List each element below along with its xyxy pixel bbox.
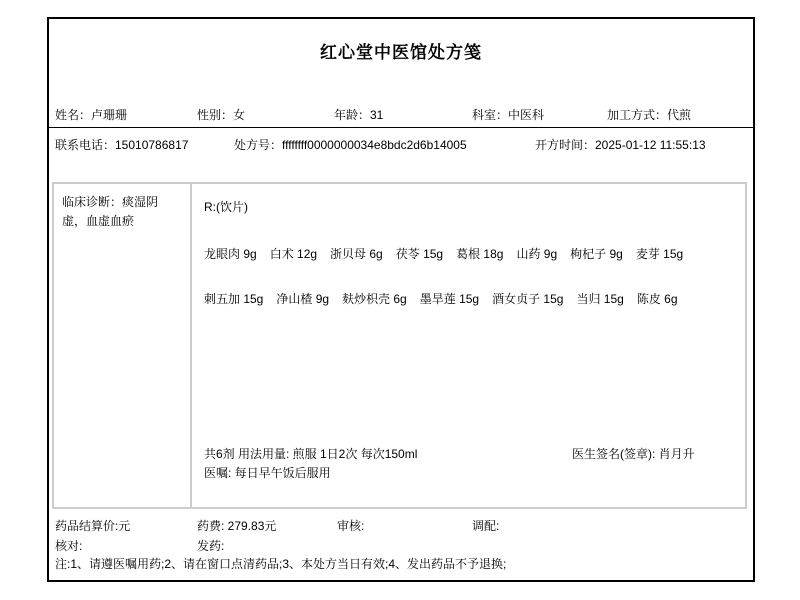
rx-header: R:(饮片) bbox=[204, 198, 248, 215]
herb-item: 麸炒枳壳 6g bbox=[342, 290, 407, 307]
check-label: 核对: bbox=[55, 539, 82, 554]
herb-item: 当归 15g bbox=[576, 290, 623, 307]
dispense-label: 发药: bbox=[197, 539, 224, 554]
usage-text: 共6剂 用法用量: 煎服 1日2次 每次150ml bbox=[204, 445, 574, 464]
settlement-price: 药品结算价:元 bbox=[55, 519, 130, 534]
herb-item: 麦芽 15g bbox=[636, 245, 683, 262]
herb-line: 龙眼肉 9g白术 12g浙贝母 6g茯苓 15g葛根 18g山药 9g枸杞子 9… bbox=[204, 245, 737, 262]
herb-item: 墨旱莲 15g bbox=[420, 290, 479, 307]
usage-block: 共6剂 用法用量: 煎服 1日2次 每次150ml 医嘱: 每日早午饭后服用 bbox=[204, 445, 574, 483]
herb-item: 刺五加 15g bbox=[204, 290, 263, 307]
herb-item: 净山楂 9g bbox=[276, 290, 329, 307]
clinical-diagnosis: 临床诊断：痰湿阴虚，血虚血瘀 bbox=[62, 193, 180, 231]
herb-item: 酒女贞子 15g bbox=[492, 290, 563, 307]
issue-time: 开方时间：2025-01-12 11:55:13 bbox=[535, 138, 706, 153]
prescription-page: 红心堂中医馆处方笺 姓名：卢珊珊 性别：女 年龄：31 科室：中医科 加工方式：… bbox=[47, 17, 755, 582]
page-title: 红心堂中医馆处方笺 bbox=[49, 38, 753, 63]
review-label: 审核: bbox=[337, 519, 364, 534]
patient-gender: 性别：女 bbox=[197, 108, 245, 123]
rx-number: 处方号：ffffffff0000000034e8bdc2d6b14005 bbox=[234, 138, 467, 153]
department: 科室：中医科 bbox=[472, 108, 544, 123]
herb-item: 山药 9g bbox=[516, 245, 557, 262]
rx-cell: R:(饮片) 龙眼肉 9g白术 12g浙贝母 6g茯苓 15g葛根 18g山药 … bbox=[194, 184, 745, 507]
herb-item: 茯苓 15g bbox=[396, 245, 443, 262]
instructions-text: 医嘱: 每日早午饭后服用 bbox=[204, 464, 574, 483]
compound-label: 调配: bbox=[472, 519, 499, 534]
prescription-box: 临床诊断：痰湿阴虚，血虚血瘀 R:(饮片) 龙眼肉 9g白术 12g浙贝母 6g… bbox=[52, 182, 747, 509]
herb-item: 龙眼肉 9g bbox=[204, 245, 257, 262]
patient-name: 姓名：卢珊珊 bbox=[55, 108, 127, 123]
herb-item: 枸杞子 9g bbox=[570, 245, 623, 262]
herb-item: 陈皮 6g bbox=[637, 290, 678, 307]
herb-line: 刺五加 15g净山楂 9g麸炒枳壳 6g墨旱莲 15g酒女贞子 15g当归 15… bbox=[204, 290, 737, 307]
header-divider bbox=[49, 127, 753, 128]
patient-age: 年龄：31 bbox=[334, 108, 383, 123]
diagnosis-cell: 临床诊断：痰湿阴虚，血虚血瘀 bbox=[54, 184, 192, 507]
footer-note: 注:1、请遵医嘱用药;2、请在窗口点清药品;3、本处方当日有效;4、发出药品不予… bbox=[55, 557, 506, 572]
herb-item: 葛根 18g bbox=[456, 245, 503, 262]
processing-method: 加工方式：代煎 bbox=[607, 108, 691, 123]
contact-phone: 联系电话：15010786817 bbox=[55, 138, 188, 153]
herb-item: 浙贝母 6g bbox=[330, 245, 383, 262]
herb-item: 白术 12g bbox=[270, 245, 317, 262]
doctor-signature: 医生签名(签章): 肖月升 bbox=[572, 445, 740, 464]
medicine-fee: 药费: 279.83元 bbox=[197, 519, 276, 534]
